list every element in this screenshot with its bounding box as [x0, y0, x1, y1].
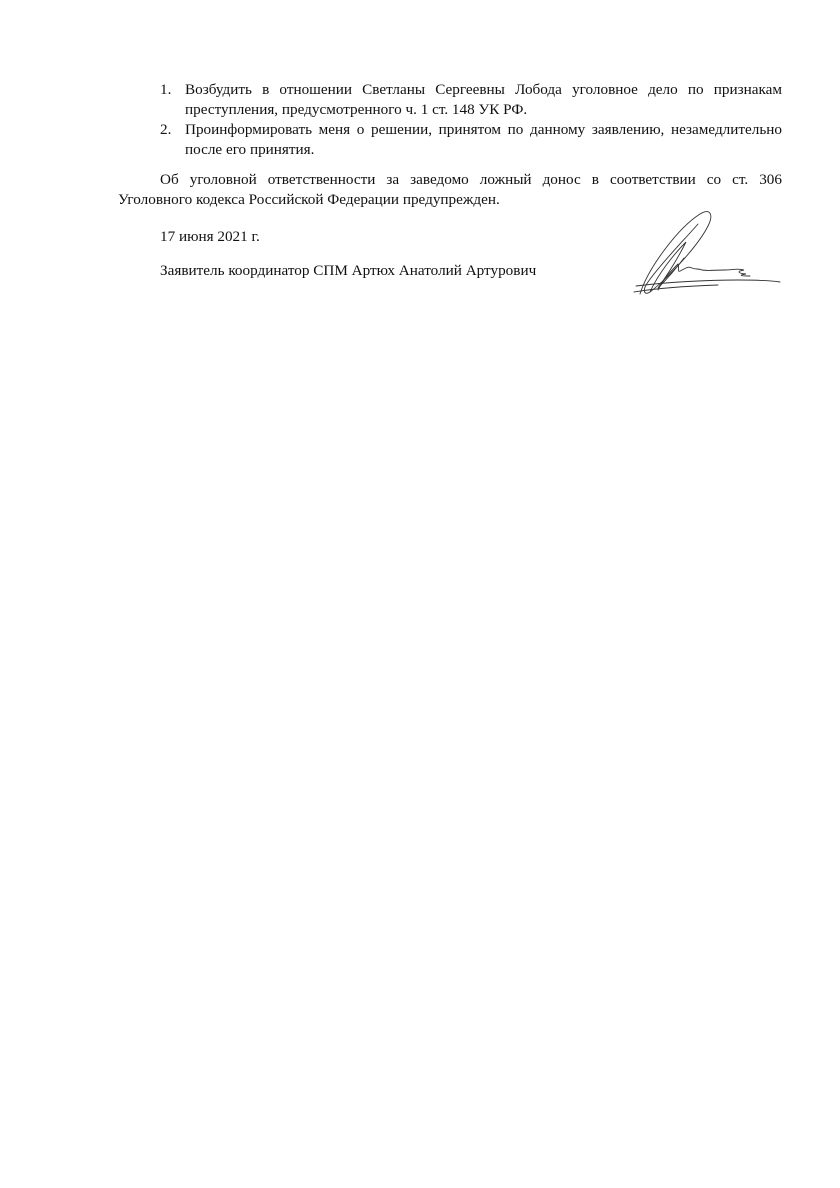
applicant-line: Заявитель координатор СПМ Артюх Анатолий… [160, 261, 536, 281]
liability-warning-line-1: Об уголовной ответственности за заведомо… [118, 170, 782, 190]
list-item-number: 2. [160, 120, 171, 140]
list-item: 1. Возбудить в отношении Светланы Сергее… [160, 80, 782, 120]
list-item: 2. Проинформировать меня о решении, прин… [160, 120, 782, 160]
liability-warning: Об уголовной ответственности за заведомо… [118, 170, 782, 210]
list-item-text: Возбудить в отношении Светланы Сергеевны… [185, 81, 782, 118]
liability-warning-line-2: Уголовного кодекса Российской Федерации … [118, 190, 782, 210]
request-list: 1. Возбудить в отношении Светланы Сергее… [160, 80, 782, 160]
list-item-number: 1. [160, 80, 171, 100]
document-page: 1. Возбудить в отношении Светланы Сергее… [0, 0, 840, 1188]
signature-icon [628, 208, 788, 300]
list-item-text: Проинформировать меня о решении, принято… [185, 121, 782, 158]
document-date: 17 июня 2021 г. [160, 227, 260, 247]
